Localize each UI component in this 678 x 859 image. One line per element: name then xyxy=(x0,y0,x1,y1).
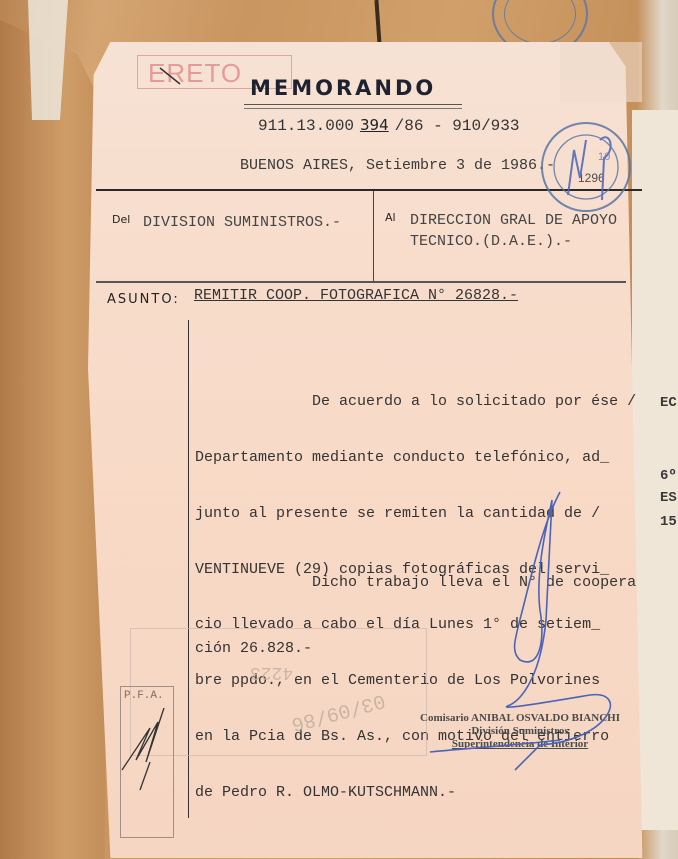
signature-scribble xyxy=(430,492,610,770)
received-date-stamp: 1296 10 xyxy=(542,123,630,211)
ink-overlay: 1296 10 xyxy=(0,0,678,859)
pen-mark xyxy=(160,68,180,84)
stamp-text: 1296 xyxy=(578,171,605,185)
margin-initials xyxy=(122,708,164,790)
